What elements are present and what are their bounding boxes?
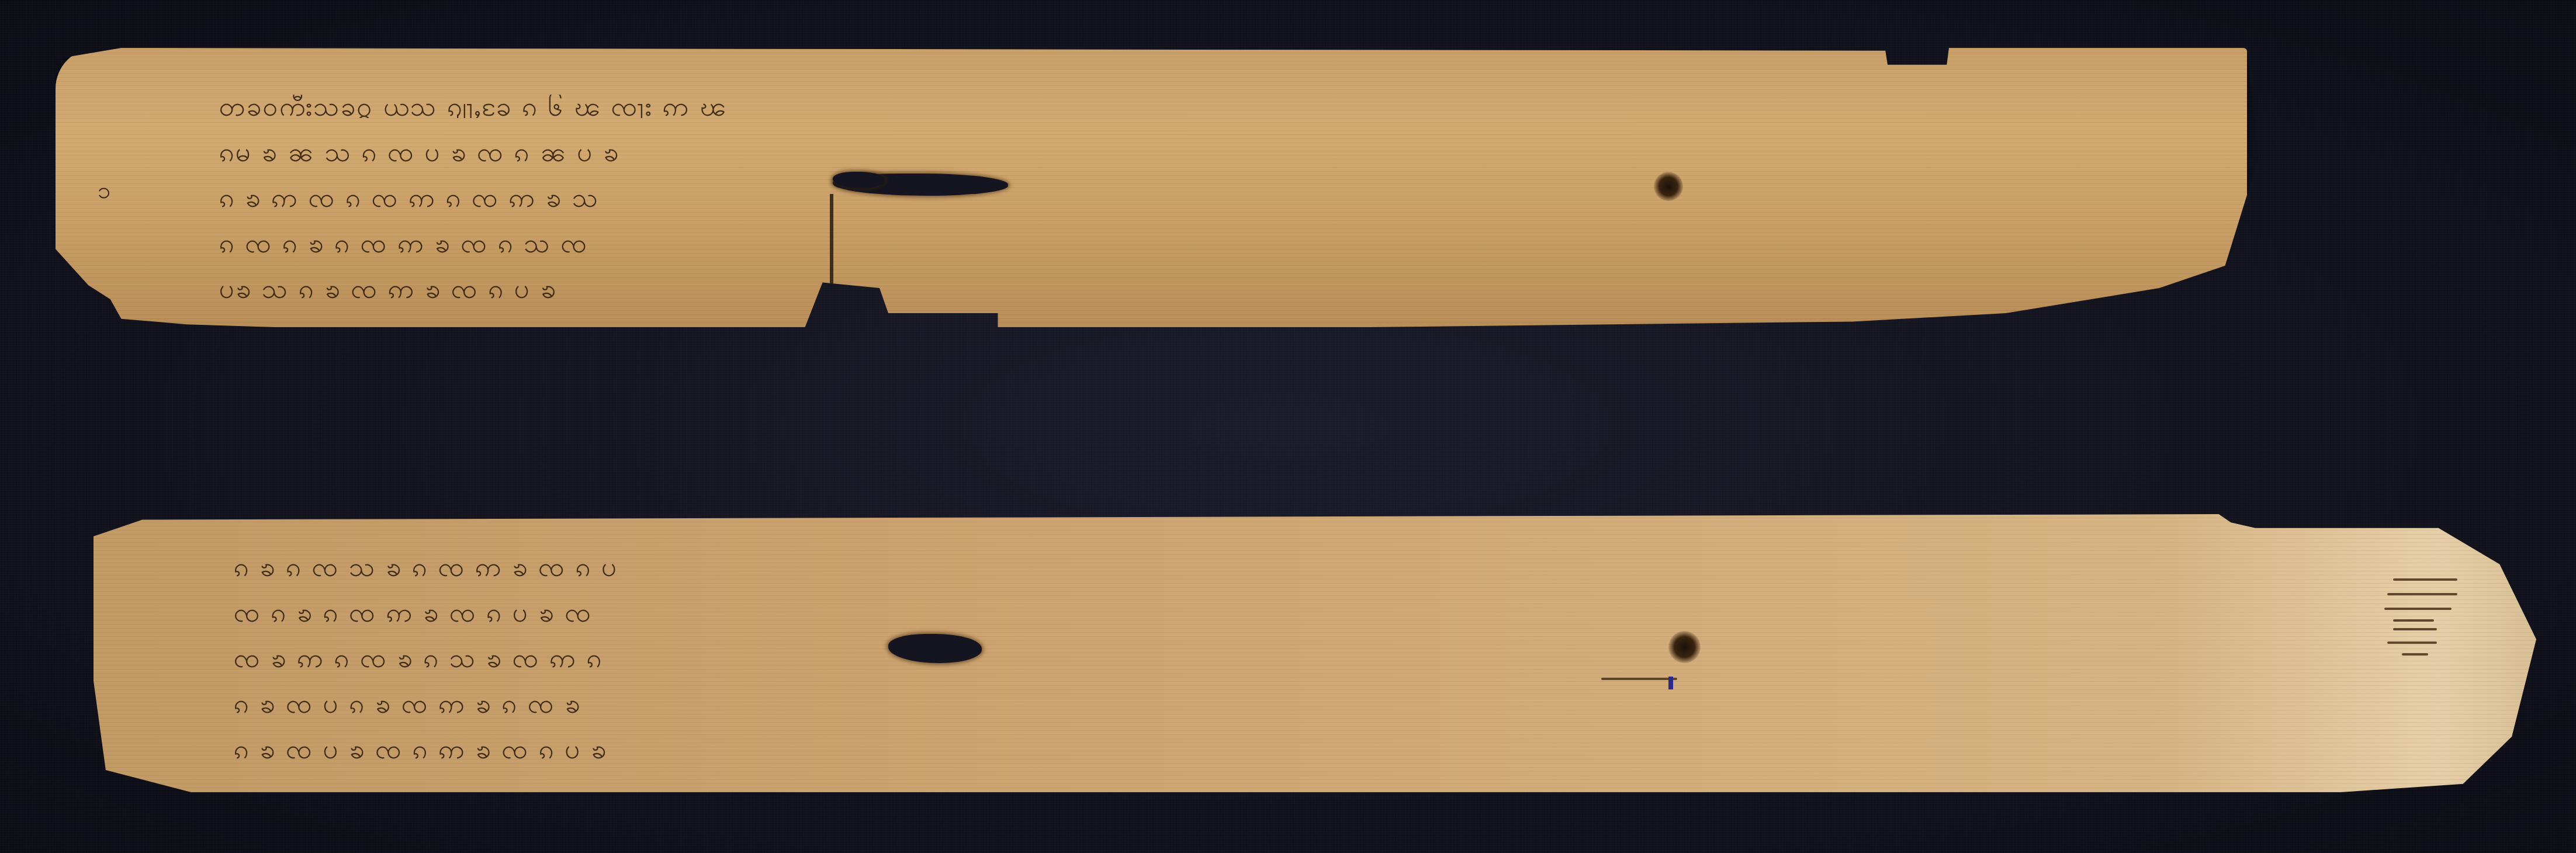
script-line: ၵ ၸ ၵ ၶ ၵ ၸ ဢ ၶ ၸ ၵ သ ၸ: [219, 231, 2218, 255]
tally-mark: [2387, 593, 2457, 595]
tally-mark: [2402, 653, 2428, 656]
ink-stroke: [1601, 678, 1677, 680]
lower-text-block: ၵ ၶ ၵ ၸ သ ၶ ၵ ၸ ဢ ၶ ၸ ၵ ပ ၸ ၵ ၶ ၵ ၸ ဢ ၶ …: [234, 555, 2349, 765]
tally-mark: [2384, 608, 2452, 610]
script-line: ၵ ၶ ဢ ၸ ၵ ၸ ဢ ၵ ၸ ဢ ၶ သ: [219, 186, 2218, 209]
script-line: ၸ ၵ ၶ ၵ ၸ ဢ ၶ ၸ ၵ ပ ၶ ၸ: [234, 601, 2349, 624]
tally-mark: [2393, 619, 2434, 622]
script-line: ပၶ သ ၵ ၶ ၸ ဢ ၶ ၸ ၵ ပ ၶ: [219, 277, 2218, 300]
leaf-crack: [830, 194, 833, 317]
script-line: ၵ ၶ ၸ ပ ၵ ၶ ၸ ဢ ၶ ၵ ၸ ၶ: [234, 692, 2349, 715]
script-line: ၸ ၶ ဢ ၵ ၸ ၶ ၵ သ ၶ ၸ ဢ ၵ: [234, 646, 2349, 670]
tally-mark: [2393, 628, 2437, 630]
punch-hole-right: [1668, 631, 1701, 663]
tally-mark: [2393, 578, 2457, 581]
palm-leaf-upper: ၁ တခ၀ကီးသခ႙ှ ယွသ ၵျႃႇခႄ ၵ ၆ ၾ ၸႃး ဢူ ၽ ၵ…: [56, 48, 2247, 327]
script-line: ၵ ၶ ၸ ပ ၶ ၸ ၵ ဢ ၶ ၸ ၵ ပ ၶ: [234, 737, 2349, 761]
palm-leaf-lower: ၵ ၶ ၵ ၸ သ ၶ ၵ ၸ ဢ ၶ ၸ ၵ ပ ၸ ၵ ၶ ၵ ၸ ဢ ၶ …: [94, 514, 2536, 792]
tally-mark: [2387, 642, 2437, 644]
folio-number: ၁: [98, 175, 111, 210]
burn-hole: [1654, 172, 1683, 201]
blue-ink-mark: [1668, 677, 1673, 689]
upper-text-block: တခ၀ကီးသခ႙ှ ယွသ ၵျႃႇခႄ ၵ ၆ ၾ ၸႃး ဢူ ၽ ၵမ္…: [219, 95, 2218, 305]
script-line: တခ၀ကီးသခ႙ှ ယွသ ၵျႃႇခႄ ၵ ၆ ၾ ၸႃး ဢူ ၽ: [219, 95, 2218, 118]
script-line: ၵ ၶ ၵ ၸ သ ၶ ၵ ၸ ဢ ၶ ၸ ၵ ပ: [234, 555, 2349, 578]
script-line: ၵမ္ ၶ ၼ သ ၵ ၸ ပ ၶ ၸ ၵ ၼ ပ ၶ: [219, 140, 2218, 164]
